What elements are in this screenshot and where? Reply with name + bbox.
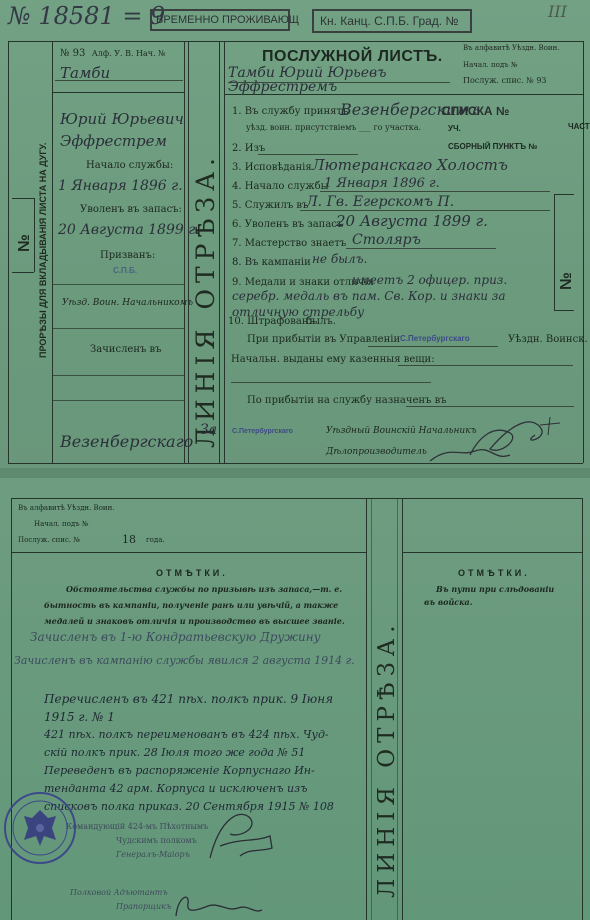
upravlenie-label: При прибытіи въ Управленіи [247,334,400,345]
commander-line-3: Генералъ-Маіоръ [116,850,190,859]
bheader-line3: Послуж. спис. № [18,536,80,544]
right-box-top [554,194,574,195]
stub-chief-label: Уѣзд. Воин. Начальникомъ [62,298,193,308]
bcut-line-right [402,498,403,920]
side-slot-text: ПРОРѢЗЫ ДЛЯ ВКЛАДЫВАНІЯ ЛИСТА НА ДУГУ. [38,143,48,358]
right-side-number: № [558,272,576,290]
stub-enrolled-label: Зачисленъ въ [90,344,162,355]
item-5-line [300,210,550,211]
form-header-divider [224,94,583,95]
adjutant-line-2: Прапорщикъ [116,902,171,911]
stub-number-label: № 93 Алф. У. В. Нач. № [60,48,166,59]
form-title: ПОСЛУЖНОЙ ЛИСТЪ. [262,48,443,66]
stamp-sbor: СБОРНЫЙ ПУНКТЪ № [448,142,537,151]
stub-enrolled-value: Везенбергскаго [60,432,193,451]
commander-line-1: Командующій 424-мъ Пѣхотнымъ [66,822,208,831]
stub-divider-3 [52,328,184,329]
notes-hand-1: Зачисленъ въ 1-ю Кондратьевскую Дружину [30,630,321,644]
item-10-value: былъ. [306,316,336,327]
bcut-line-left [366,498,367,920]
bheader-year-prefix: 18 [122,533,136,546]
item-4-label: 4. Начало службы [232,181,329,192]
signature-icon [400,405,570,467]
item-6-label: 6. Уволенъ въ запасъ [232,219,343,230]
right-box-left [554,194,555,310]
adjutant-signature-icon [168,888,268,920]
item-10-label: 10. Штрафованъ [228,316,315,327]
kazennye-label: Начальн. выданы ему казенныя вещи: [231,354,435,365]
form-name-line [228,82,450,83]
stub-name-line2: Эффрестрем [60,132,167,150]
upravlenie-suffix: Уѣздн. Воинск. [508,334,588,345]
notes-subtitle-1: Обстоятельства службы по призывѣ изъ зап… [66,584,342,594]
stub-service-start-label: Начало службы: [86,160,173,171]
right-notes-subtitle-1: Въ пути при слѣдованіи [436,584,554,594]
notes-subtitle-2: бытность въ кампаніи, полученіе ранъ или… [44,600,338,610]
frame-top [8,41,583,42]
side-box-right [34,198,35,272]
item-5-label: 5. Служилъ въ [232,200,308,211]
frame-left [8,41,9,463]
inventory-number: № 18581 = 9 [8,2,165,30]
item-2-label: 2. Изъ [232,143,265,154]
stub-service-start-value: 1 Января 1896 г. [58,178,183,194]
stub-divider-5 [52,400,184,401]
upravlenie-line [368,346,498,347]
bheader-year-suffix: года. [146,536,165,544]
item-7-value: Столяръ [352,232,421,248]
notes-hand-9: списковъ полка приказ. 20 Сентября 1915 … [44,800,334,813]
notes-hand-3: Перечисленъ въ 421 пѣх. полкъ прик. 9 Ію… [44,692,333,706]
form-person-name: Тамби Юрий Юрьевъ Эффрестремъ [228,66,458,94]
stub-surname-line [55,80,183,81]
cut-line-left [184,41,185,463]
cut-line-label: ЛИНІЯ ОТРѢЗА. [191,152,220,448]
bheader-line1: Въ алфавитѣ Уѣздн. Воин. [18,504,114,512]
cut-line-right [224,41,225,463]
side-number: № [16,234,34,252]
bottom-sheet: Въ алфавитѣ Уѣздн. Воин. Начал. подъ № П… [0,478,590,920]
bheader-divider-right [402,552,582,553]
bcut-line-dotted [371,498,372,920]
item-3-label: 3. Исповѣданія [232,162,312,173]
form-alphabet-line3: Послуж. спис. № 93 [463,76,547,85]
frame-right [583,41,584,463]
stub-reserve-value: 20 Августа 1899 г. [58,222,200,238]
bheader-line2: Начал. подъ № [34,520,88,528]
stub-called-label: Призванъ: [100,250,155,261]
item-2-line [258,154,358,155]
stub-alphabet-label: Алф. У. В. Нач. № [92,49,166,58]
notes-hand-6: скій полкъ прик. 28 Іюля того же года № … [44,746,305,759]
bheader-divider-left [11,552,366,553]
item-8-label: 8. Въ кампаніи [232,257,311,268]
commander-signature-icon [200,808,290,868]
notes-hand-8: тенданта 42 арм. Корпуса и исключенъ изъ [44,782,307,795]
form-alphabet-line2: Начал. подъ № [463,61,517,69]
cut-line-dotted-left [188,41,189,463]
stub-divider-1 [52,92,184,93]
bframe-right [582,498,583,920]
item-1-label: 1. Въ службу принятъ [232,106,348,117]
commander-line-2: Чудскимъ полкомъ [116,836,197,845]
stamp-temp-resident: ВРЕМЕННО ПРОЖИВАЮЩ [150,9,290,31]
notes-hand-5: 421 пѣх. полкъ переименованъ въ 424 пѣх.… [44,728,329,741]
notes-title: ОТМѢТКИ. [156,568,228,578]
item-1-suffix: уѣзд. воин. присутствіемъ ___ го участка… [246,123,421,132]
notes-hand-7: Переведенъ въ распоряженіе Корпуснаго Ин… [44,764,315,777]
stub-number: № 93 [60,48,85,59]
item-8-value: не былъ. [312,252,367,266]
stub-divider-2 [52,284,184,285]
notes-subtitle-3: медалей и знаковъ отличія и производство… [44,616,345,626]
kazennye-line-2 [231,382,431,383]
side-box-bottom [12,272,34,273]
bframe-top [11,498,582,499]
item-7-label: 7. Мастерство знаетъ [232,238,346,249]
item-3-value: Лютеранскаго Холостъ [312,156,508,174]
stamp-office: Кн. Канц. С.П.Б. Град. № [312,9,472,33]
item-6-value: 20 Августа 1899 г. [336,212,488,230]
stamp-chasti: ЧАСТИ [568,122,590,131]
stamp-list-number: СПИСКА № [442,104,509,118]
stub-divider-4 [52,375,184,376]
chief-stamp: С.Петербургскаго [232,428,293,435]
right-box-bottom [554,310,574,311]
stub-name-line1: Юрий Юрьевич [60,110,184,128]
notes-hand-4: 1915 г. № 1 [44,710,115,724]
side-box-top [12,198,34,199]
item-9-value: имеетъ 2 офицер. приз. серебр. медаль въ… [232,272,552,320]
stub-called-stamp: С.П.Б. [113,266,137,275]
corner-mark: III [548,2,567,21]
adjutant-line-1: Полковой Адъютантъ [70,888,168,897]
right-notes-title: ОТМѢТКИ. [458,568,530,578]
notes-hand-2: Зачисленъ въ кампанію службы явился 2 ав… [14,654,355,667]
upravlenie-stamp: С.Петербургскаго [400,334,470,343]
bcut-line-label: ЛИНІЯ ОТРѢЗА. [374,619,400,898]
item-4-line [320,191,550,192]
item-4-value: 1 Января 1896 г. [324,176,440,191]
kazennye-line [398,365,573,366]
stub-reserve-label: Уволенъ въ запасъ: [80,204,182,215]
za-label: За [200,422,217,438]
stamp-uch: УЧ. [448,124,461,133]
item-7-line [346,248,496,249]
item-5-value: Л. Гв. Егерскомъ П. [306,194,454,210]
form-alphabet-line1: Въ алфавитѣ Уѣздн. Воин. [463,44,559,52]
top-sheet: № 18581 = 9 ВРЕМЕННО ПРОЖИВАЮЩ Кн. Канц.… [0,0,590,470]
right-notes-subtitle-2: въ войска. [424,597,473,607]
